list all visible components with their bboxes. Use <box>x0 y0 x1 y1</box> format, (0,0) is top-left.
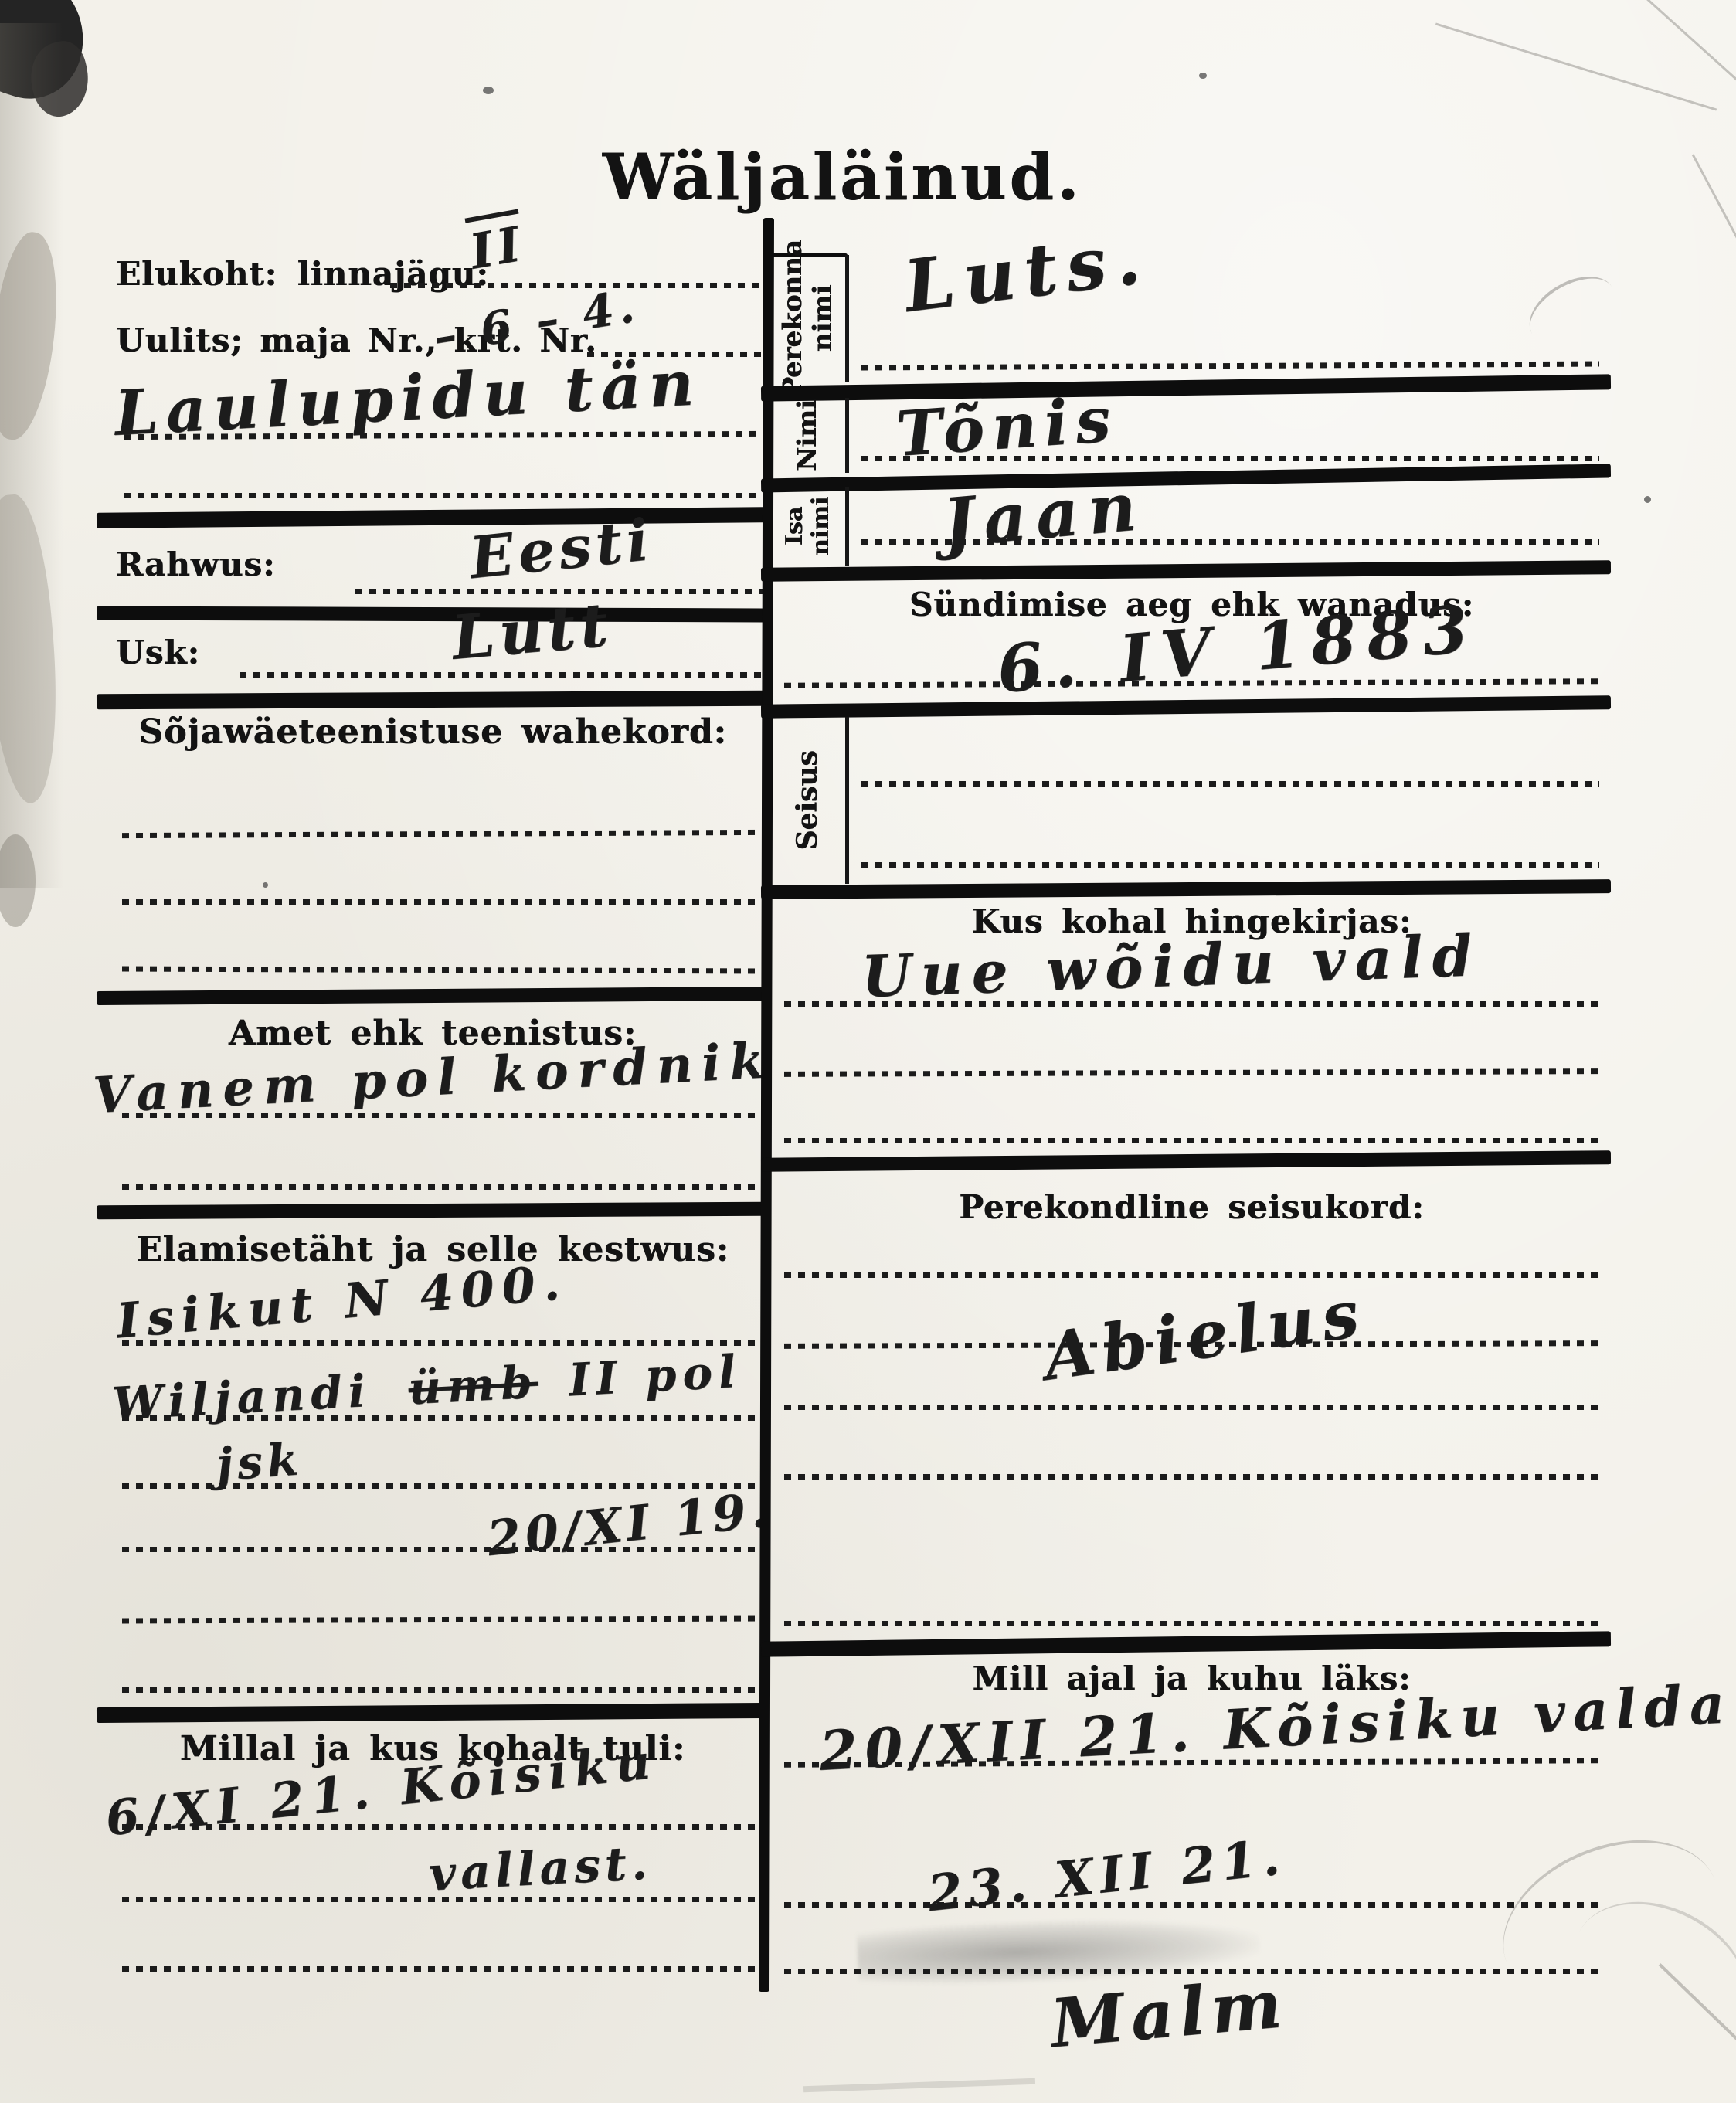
rule-thick <box>97 691 765 710</box>
dotted-line <box>122 1547 763 1552</box>
dotted-line <box>122 1113 763 1118</box>
dotted-line <box>784 1405 1599 1410</box>
dotted-line <box>861 781 1599 787</box>
dotted-line <box>122 1824 763 1830</box>
dotted-line <box>122 967 763 974</box>
arrival-line2-handwriting: vallast. <box>427 1836 653 1901</box>
military-heading: Sõjawäeteenistuse wahekord: <box>100 712 765 752</box>
residence-value-handwriting: II <box>464 209 528 280</box>
dotted-line <box>861 862 1599 868</box>
dotted-line <box>784 1474 1599 1480</box>
name-vertical-label: Nimi <box>774 398 842 473</box>
dotted-line <box>122 1966 763 1972</box>
dotted-line <box>784 1138 1599 1143</box>
dotted-line <box>784 1621 1599 1626</box>
permit-line4-handwriting: 20/XI 19. <box>484 1481 774 1567</box>
rule-thick <box>761 374 1611 401</box>
dotted-line <box>122 830 763 838</box>
rule-thick <box>97 987 765 1005</box>
rule-thick <box>97 1202 765 1220</box>
dotted-line <box>122 899 763 905</box>
rule-thick <box>761 464 1611 492</box>
religion-value-handwriting: Lutt <box>449 589 615 674</box>
dotted-line <box>124 493 763 498</box>
ink-speck <box>1199 73 1207 79</box>
family-status-value-handwriting: Abielus <box>1039 1274 1371 1395</box>
ink-speck <box>483 87 494 94</box>
label-separator-line <box>845 398 849 473</box>
dotted-line <box>784 1001 1599 1007</box>
surname-value-handwriting: Luts. <box>900 216 1154 328</box>
permit-line2-part-b: II pol <box>568 1345 743 1407</box>
scratch-mark <box>1435 23 1717 111</box>
permit-line3-handwriting: jsk <box>215 1432 304 1491</box>
ink-speck <box>1644 496 1651 503</box>
dotted-line <box>122 1897 763 1902</box>
dotted-line <box>122 1184 763 1190</box>
rule-thick <box>97 507 765 528</box>
label-separator-line <box>845 255 849 382</box>
dotted-line <box>122 1616 763 1624</box>
dotted-line <box>122 1687 763 1693</box>
father-name-vertical-label: Isa nimi <box>774 487 842 566</box>
scanned-form-page: Wäljaläinud. Elukoht: linnajägu: II Uuli… <box>0 0 1736 2103</box>
family-status-heading: Perekondline seisukord: <box>784 1188 1599 1226</box>
rule-thick <box>97 606 765 622</box>
dotted-line <box>122 1340 763 1346</box>
scratch-mark <box>1632 0 1736 86</box>
nationality-label: Rahwus: <box>116 545 275 583</box>
rule-thick <box>761 1631 1611 1656</box>
pencil-scratch <box>1518 263 1627 358</box>
rule-thick <box>761 695 1611 719</box>
religion-label: Usk: <box>116 634 200 671</box>
father-name-value-handwriting: Jaan <box>939 467 1148 563</box>
scratch-mark <box>803 2078 1035 2092</box>
dotted-line <box>784 1068 1599 1077</box>
dotted-line <box>784 1272 1599 1278</box>
rule-thick <box>97 1703 765 1723</box>
dotted-line <box>861 456 1599 461</box>
rule-thick <box>761 879 1611 899</box>
page-title: Wäljaläinud. <box>502 141 1182 215</box>
departure-line2-handwriting: 23. XII 21. <box>925 1828 1288 1923</box>
dotted-line <box>861 539 1599 545</box>
rule-thick <box>761 1150 1611 1172</box>
ink-speck <box>263 882 268 888</box>
status-vertical-label: Seisus <box>774 717 842 884</box>
dotted-line <box>122 1483 763 1489</box>
rule-thick <box>761 560 1611 582</box>
scratch-mark <box>1692 154 1736 311</box>
label-separator-line <box>845 717 849 884</box>
dotted-line <box>784 1902 1599 1908</box>
dotted-line <box>861 361 1599 370</box>
permit-line2-struck-word: ümb <box>407 1356 539 1415</box>
dotted-line <box>122 1415 763 1421</box>
surname-vertical-label: Perekonna nimi <box>774 255 842 382</box>
dotted-line <box>240 672 763 678</box>
label-separator-line <box>845 487 849 566</box>
dotted-line <box>390 283 763 288</box>
permit-heading: Elamisetäht ja selle kestwus: <box>100 1230 765 1269</box>
